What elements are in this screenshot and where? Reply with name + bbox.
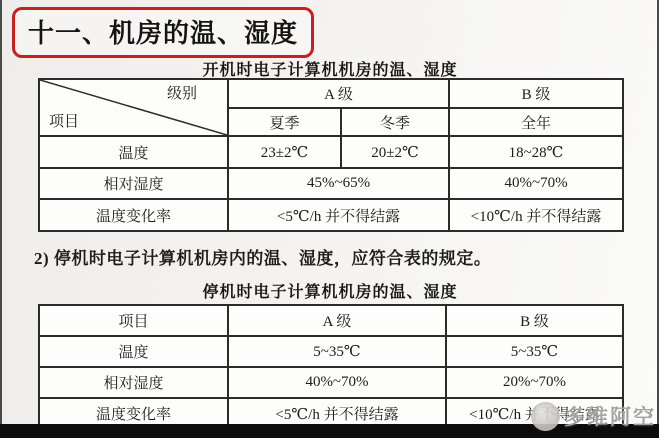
table2-title: 停机时电子计算机机房的温、湿度 — [38, 279, 622, 302]
row-label: 温度变化率 — [39, 199, 228, 231]
note-text: 2) 停机时电子计算机机房内的温、湿度，应符合表的规定。 — [34, 244, 624, 269]
data-cell: 5~35℃ — [446, 336, 623, 367]
header-cell-allyear: 全年 — [449, 108, 623, 136]
header-cell-grade-b: B 级 — [446, 305, 623, 336]
header-cell-summer: 夏季 — [228, 108, 341, 136]
table1: 级别 项目 A 级 B 级 夏季 冬季 全年 温度 23±2℃ 20±2℃ 18… — [38, 78, 624, 232]
corner-label-level: 级别 — [167, 82, 197, 103]
table1-title: 开机时电子计算机机房的温、湿度 — [38, 57, 622, 80]
data-cell: <10℃/h 并不得结露 — [449, 199, 623, 231]
data-cell: 20±2℃ — [341, 136, 449, 168]
data-cell: 40%~70% — [228, 367, 446, 398]
left-edge-bar — [0, 0, 2, 438]
row-label: 相对湿度 — [39, 367, 228, 398]
data-cell: 45%~65% — [228, 168, 449, 199]
data-cell: <5℃/h 并不得结露 — [228, 199, 449, 231]
data-cell: 40%~70% — [449, 168, 623, 199]
table-row: 温度 23±2℃ 20±2℃ 18~28℃ — [39, 136, 623, 168]
data-cell: 5~35℃ — [228, 336, 446, 367]
row-label: 温度 — [39, 336, 228, 367]
header-cell-item: 项目 — [39, 305, 228, 336]
header-cell-grade-a: A 级 — [228, 305, 446, 336]
table-row: 相对湿度 40%~70% 20%~70% — [39, 367, 623, 398]
page-title: 十一、机房的温、湿度 — [28, 18, 298, 48]
page-title-box: 十一、机房的温、湿度 — [12, 7, 314, 58]
watermark-logo-icon — [531, 402, 560, 431]
header-cell-winter: 冬季 — [341, 108, 449, 136]
watermark: 多维阿空 — [531, 401, 656, 431]
table-row: 相对湿度 45%~65% 40%~70% — [39, 168, 623, 199]
data-cell: 18~28℃ — [449, 136, 623, 168]
row-label: 相对湿度 — [39, 168, 228, 199]
watermark-text: 多维阿空 — [564, 401, 656, 431]
header-cell-grade-a: A 级 — [228, 79, 449, 108]
row-label: 温度 — [39, 136, 228, 168]
header-cell-grade-b: B 级 — [449, 79, 623, 108]
slide: 十一、机房的温、湿度 开机时电子计算机机房的温、湿度 级别 项目 A 级 B 级… — [0, 0, 659, 438]
table-row: 温度变化率 <5℃/h 并不得结露 <10℃/h 并不得结露 — [39, 199, 623, 231]
table1-corner-cell: 级别 项目 — [39, 79, 228, 136]
data-cell: 20%~70% — [446, 367, 623, 398]
table-row: 温度 5~35℃ 5~35℃ — [39, 336, 623, 367]
corner-label-item: 项目 — [49, 110, 79, 131]
data-cell: 23±2℃ — [228, 136, 341, 168]
